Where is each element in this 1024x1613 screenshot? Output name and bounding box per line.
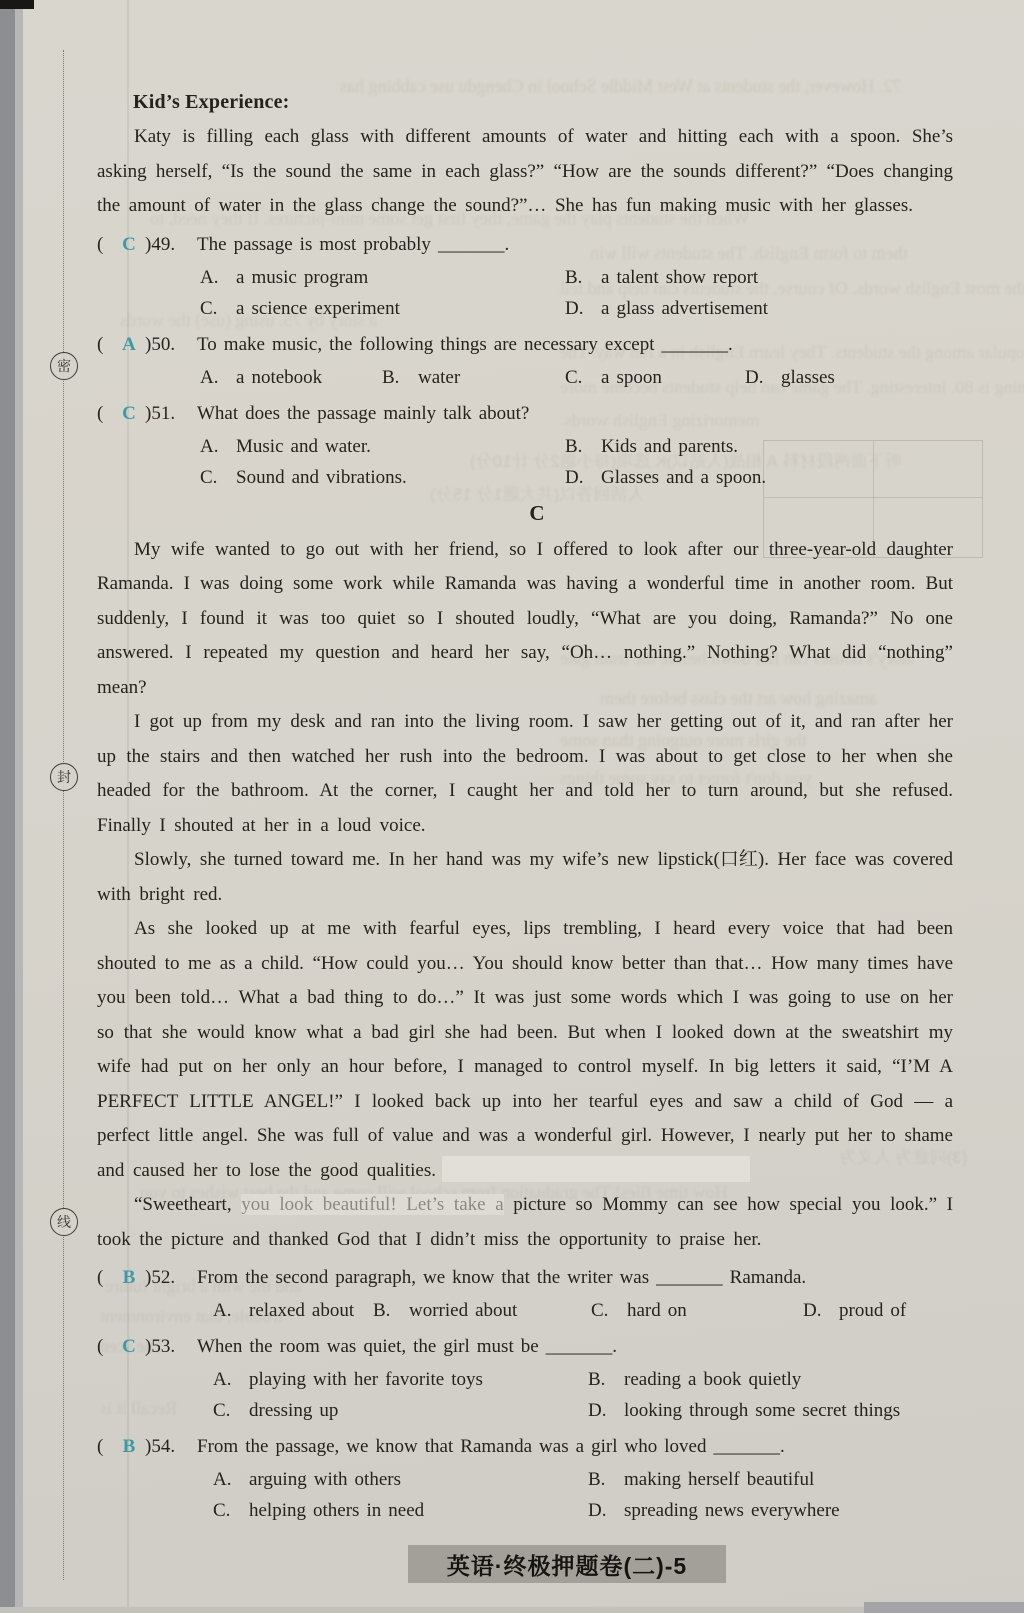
question-text: From the second paragraph, we know that … (197, 1261, 953, 1295)
passage-c-paragraph: Slowly, she turned toward me. In her han… (97, 843, 953, 912)
option-d: D.glasses (745, 362, 953, 393)
option-text: reading a book quietly (624, 1369, 801, 1390)
option-a: A.arguing with others (213, 1464, 588, 1495)
option-a: A.a music program (200, 262, 565, 293)
option-label: B. (565, 262, 601, 293)
option-c: C.a science experiment (200, 293, 565, 324)
option-text: water (418, 367, 460, 388)
passage-c-faded-text: you look beautiful! Let’s take a (241, 1194, 503, 1215)
option-label: B. (588, 1464, 624, 1495)
section-c-label: C (97, 495, 953, 531)
option-a: A.playing with her favorite toys (213, 1364, 588, 1395)
answer-mark: B (113, 1430, 145, 1464)
question-text: To make music, the following things are … (197, 328, 953, 362)
question-number: )53. (145, 1330, 197, 1364)
option-label: C. (565, 362, 601, 393)
binding-stamp-线: 线 (50, 1208, 78, 1236)
option-label: A. (213, 1364, 249, 1395)
option-text: worried about (409, 1300, 517, 1321)
scan-edge-band (0, 0, 15, 1613)
passage-b-text: Katy is filling each glass with differen… (97, 120, 953, 224)
option-text: Music and water. (236, 436, 371, 457)
question-52-options: A.relaxed aboutB.worried aboutC.hard onD… (97, 1295, 953, 1326)
option-c: C.helping others in need (213, 1495, 588, 1526)
option-b: B.reading a book quietly (588, 1364, 953, 1395)
option-d: D.Glasses and a spoon. (565, 462, 953, 493)
question-52-line: (B)52.From the second paragraph, we know… (97, 1261, 953, 1295)
option-d: D.proud of (803, 1295, 953, 1326)
binding-dotted-line (63, 50, 64, 1580)
option-label: A. (213, 1464, 249, 1495)
question-text: What does the passage mainly talk about? (197, 397, 953, 431)
option-text: dressing up (249, 1400, 338, 1421)
option-label: D. (565, 462, 601, 493)
option-label: D. (588, 1495, 624, 1526)
passage-b-heading: Kid’s Experience: (133, 84, 953, 120)
scan-corner-mark (0, 0, 34, 9)
answer-mark: C (113, 397, 145, 431)
paren-open: ( (97, 1330, 113, 1364)
option-text: helping others in need (249, 1500, 424, 1521)
option-label: A. (200, 431, 236, 462)
question-54: (B)54.From the passage, we know that Ram… (97, 1430, 953, 1526)
option-label: D. (588, 1395, 624, 1426)
option-text: a notebook (236, 367, 322, 388)
option-text: relaxed about (249, 1300, 354, 1321)
question-text: When the room was quiet, the girl must b… (197, 1330, 953, 1364)
option-b: B.a talent show report (565, 262, 953, 293)
section-b-questions: (C)49.The passage is most probably _____… (97, 228, 953, 493)
question-50: (A)50.To make music, the following thing… (97, 328, 953, 393)
paren-open: ( (97, 397, 113, 431)
option-label: A. (200, 362, 236, 393)
question-51-line: (C)51.What does the passage mainly talk … (97, 397, 953, 431)
option-c: C.dressing up (213, 1395, 588, 1426)
question-54-line: (B)54.From the passage, we know that Ram… (97, 1430, 953, 1464)
option-c: C.Sound and vibrations. (200, 462, 565, 493)
question-number: )51. (145, 397, 197, 431)
option-b: B.Kids and parents. (565, 431, 953, 462)
option-text: proud of (839, 1300, 906, 1321)
answer-mark: B (113, 1261, 145, 1295)
whiteout-correction-box (442, 1156, 750, 1182)
question-49: (C)49.The passage is most probably _____… (97, 228, 953, 324)
question-text: The passage is most probably _______. (197, 228, 953, 262)
option-text: hard on (627, 1300, 687, 1321)
section-c-questions: (B)52.From the second paragraph, we know… (97, 1261, 953, 1526)
option-b: B.making herself beautiful (588, 1464, 953, 1495)
option-text: playing with her favorite toys (249, 1369, 483, 1390)
option-d: D.looking through some secret things (588, 1395, 953, 1426)
question-50-line: (A)50.To make music, the following thing… (97, 328, 953, 362)
option-label: C. (591, 1295, 627, 1326)
option-d: D.spreading news everywhere (588, 1495, 953, 1526)
option-text: spreading news everywhere (624, 1500, 840, 1521)
page-footer-label: 英语·终极押题卷(二)-5 (408, 1545, 726, 1583)
option-label: B. (588, 1364, 624, 1395)
paren-open: ( (97, 1430, 113, 1464)
question-54-options: A.arguing with othersB.making herself be… (97, 1464, 953, 1526)
passage-c-paragraph: As she looked up at me with fearful eyes… (97, 912, 953, 1188)
paren-open: ( (97, 228, 113, 262)
option-text: Glasses and a spoon. (601, 467, 766, 488)
binding-stamp-密: 密 (50, 352, 78, 380)
question-number: )50. (145, 328, 197, 362)
option-label: C. (200, 462, 236, 493)
question-49-options: A.a music programB.a talent show reportC… (97, 262, 953, 324)
option-label: C. (213, 1495, 249, 1526)
option-label: B. (382, 362, 418, 393)
option-label: D. (745, 362, 781, 393)
question-51-options: A.Music and water.B.Kids and parents.C.S… (97, 431, 953, 493)
option-text: a glass advertisement (601, 298, 768, 319)
paren-open: ( (97, 1261, 113, 1295)
question-51: (C)51.What does the passage mainly talk … (97, 397, 953, 493)
passage-c-paragraph: “Sweetheart, you look beautiful! Let’s t… (97, 1188, 953, 1257)
passage-c-paragraph: My wife wanted to go out with her friend… (97, 533, 953, 706)
answer-mark: A (113, 328, 145, 362)
question-53-line: (C)53.When the room was quiet, the girl … (97, 1330, 953, 1364)
question-53: (C)53.When the room was quiet, the girl … (97, 1330, 953, 1426)
question-52: (B)52.From the second paragraph, we know… (97, 1261, 953, 1326)
question-number: )54. (145, 1430, 197, 1464)
option-label: A. (200, 262, 236, 293)
option-label: A. (213, 1295, 249, 1326)
scan-edge-band-light (15, 0, 23, 1613)
option-text: a talent show report (601, 267, 758, 288)
option-text: a spoon (601, 367, 662, 388)
question-53-options: A.playing with her favorite toysB.readin… (97, 1364, 953, 1426)
option-a: A.relaxed about (213, 1295, 373, 1326)
option-b: B.water (382, 362, 565, 393)
option-a: A.a notebook (200, 362, 382, 393)
option-text: glasses (781, 367, 835, 388)
option-text: making herself beautiful (624, 1469, 814, 1490)
option-text: arguing with others (249, 1469, 401, 1490)
question-49-line: (C)49.The passage is most probably _____… (97, 228, 953, 262)
question-50-options: A.a notebookB.waterC.a spoonD.glasses (97, 362, 953, 393)
option-text: a music program (236, 267, 368, 288)
answer-mark: C (113, 228, 145, 262)
passage-c-paragraph: I got up from my desk and ran into the l… (97, 705, 953, 843)
question-text: From the passage, we know that Ramanda w… (197, 1430, 953, 1464)
binding-stamp-封: 封 (50, 763, 78, 791)
option-a: A.Music and water. (200, 431, 565, 462)
option-text: looking through some secret things (624, 1400, 900, 1421)
option-b: B.worried about (373, 1295, 591, 1326)
option-label: C. (200, 293, 236, 324)
option-c: C.hard on (591, 1295, 803, 1326)
option-text: a science experiment (236, 298, 400, 319)
option-label: C. (213, 1395, 249, 1426)
option-label: D. (565, 293, 601, 324)
question-number: )52. (145, 1261, 197, 1295)
paren-open: ( (97, 328, 113, 362)
question-number: )49. (145, 228, 197, 262)
option-label: B. (565, 431, 601, 462)
page-content: Kid’s Experience: Katy is filling each g… (97, 84, 953, 1526)
option-c: C.a spoon (565, 362, 745, 393)
exam-page-scan: 72. However, the students at West Middle… (0, 0, 1024, 1613)
passage-c-text-part: “Sweetheart, (134, 1194, 241, 1215)
scan-bottom-right-patch (864, 1602, 1024, 1613)
option-label: D. (803, 1295, 839, 1326)
option-d: D.a glass advertisement (565, 293, 953, 324)
answer-mark: C (113, 1330, 145, 1364)
option-label: B. (373, 1295, 409, 1326)
option-text: Kids and parents. (601, 436, 738, 457)
option-text: Sound and vibrations. (236, 467, 407, 488)
passage-c-text: My wife wanted to go out with her friend… (97, 533, 953, 1258)
